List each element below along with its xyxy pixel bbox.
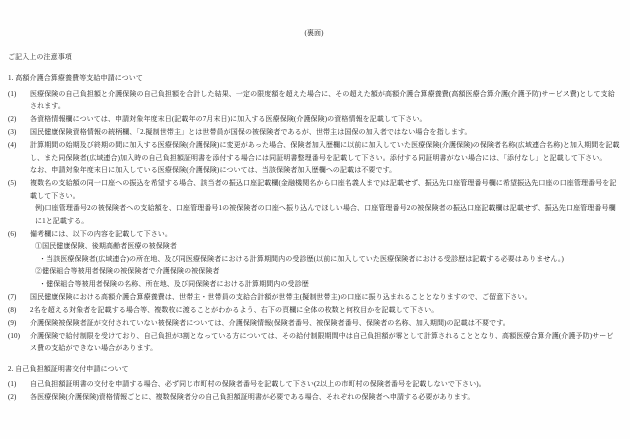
note-item: (7)国民健康保険における高額介護合算療養費は、世帯主・世帯員の支給合計額が世帯… (8, 291, 620, 304)
item-number: (3) (8, 126, 29, 139)
page-title: ご記入上の注意事項 (8, 51, 620, 64)
notes-section: 2. 自己負担額証明書交付申請について(1)自己負担額証明書の交付を申請する場合… (8, 363, 620, 404)
item-paragraph: 国民健康保険における高額介護合算療養費は、世帯主・世帯員の支給合計額が世帯主(擬… (30, 291, 620, 304)
item-paragraph: 自己負担額証明書の交付を申請する場合、必ず同じ市町村の保険者番号を記載して下さい… (30, 378, 620, 391)
item-paragraph: 介護保険で給付制限を受けており、自己負担が3割となっている方については、その給付… (30, 330, 620, 355)
item-paragraph: ②健保組合等被用者保険の被保険者で介護保険の被保険者 (30, 265, 620, 278)
page-side-label: (裏面) (8, 27, 620, 40)
item-paragraph: 各医療保険(介護保険)資格情報ごとに、複数保険者分の自己負担額証明書が必要である… (30, 391, 620, 404)
item-paragraph: 複数名の支給額の同一口座への振込を希望する場合、該当者の振込口座記載欄(金融機関… (30, 177, 620, 202)
item-number: (2) (8, 391, 29, 404)
note-item: (9)介護保険被保険者証が交付されていない被保険者については、介護保険情報(保険… (8, 317, 620, 330)
item-paragraph: 国民健康保険資格情報の続柄欄、「2.擬制世帯主」とは世帯員が国保の被保険者である… (30, 126, 620, 139)
sections-container: 1. 高額介護合算療養費等支給申請について(1)医療保険の自己負担額と介護保険の… (8, 72, 620, 404)
note-item: (2)各資格情報欄については、申請対象年度末日(記載年の7月末日)に加入する医療… (8, 113, 620, 126)
item-paragraph: ・健保組合等被用者保険の名称、所在地、及び同保険者における計算期間内の受診歴 (30, 278, 620, 291)
note-item: (5)複数名の支給額の同一口座への振込を希望する場合、該当者の振込口座記載欄(金… (8, 177, 620, 227)
item-paragraph: 2名を超える対象者を記載する場合等、複数枚に渡ることがわかるよう、右下の頁欄に全… (30, 304, 620, 317)
document-page: (裏面) ご記入上の注意事項 1. 高額介護合算療養費等支給申請について(1)医… (0, 0, 630, 439)
note-item: (8)2名を超える対象者を記載する場合等、複数枚に渡ることがわかるよう、右下の頁… (8, 304, 620, 317)
item-paragraph: 例)口座管理番号2の被保険者への支給額を、口座管理番号1の被保険者の口座へ振り込… (30, 202, 620, 227)
item-number: (7) (8, 291, 29, 304)
item-number: (6) (8, 228, 29, 241)
note-item: (10)介護保険で給付制限を受けており、自己負担が3割となっている方については、… (8, 330, 620, 355)
note-item: (1)自己負担額証明書の交付を申請する場合、必ず同じ市町村の保険者番号を記載して… (8, 378, 620, 391)
item-number: (1) (8, 378, 29, 391)
note-item: (3)国民健康保険資格情報の続柄欄、「2.擬制世帯主」とは世帯員が国保の被保険者… (8, 126, 620, 139)
item-paragraph: 各資格情報欄については、申請対象年度末日(記載年の7月末日)に加入する医療保険(… (30, 113, 620, 126)
item-paragraph: 介護保険被保険者証が交付されていない被保険者については、介護保険情報(保険者番号… (30, 317, 620, 330)
note-item: (1)医療保険の自己負担額と介護保険の自己負担額を合計した結果、一定の限度額を超… (8, 88, 620, 113)
item-paragraph: ・当該医療保険者(広域連合)の所在地、及び同医療保険者における計算期間内の受診歴… (30, 253, 620, 266)
item-number: (8) (8, 304, 29, 317)
item-paragraph: 医療保険の自己負担額と介護保険の自己負担額を合計した結果、一定の限度額を超えた場… (30, 88, 620, 113)
section-title: 1. 高額介護合算療養費等支給申請について (8, 72, 620, 85)
note-item: (2)各医療保険(介護保険)資格情報ごとに、複数保険者分の自己負担額証明書が必要… (8, 391, 620, 404)
note-item: (6)備考欄には、以下の内容を記載して下さい。①国民健康保険、後期高齢者医療の被… (8, 228, 620, 291)
section-title: 2. 自己負担額証明書交付申請について (8, 363, 620, 376)
item-paragraph: 計算期間の始期及び終期の間に加入する医療保険(介護保険)に変更があった場合、保険… (30, 139, 620, 164)
notes-section: 1. 高額介護合算療養費等支給申請について(1)医療保険の自己負担額と介護保険の… (8, 72, 620, 355)
item-number: (9) (8, 317, 29, 330)
item-paragraph: ①国民健康保険、後期高齢者医療の被保険者 (30, 240, 620, 253)
item-paragraph: なお、申請対象年度末日に加入している医療保険(介護保険)については、当該保険者加… (30, 164, 620, 177)
item-paragraph: 備考欄には、以下の内容を記載して下さい。 (30, 228, 620, 241)
note-item: (4)計算期間の始期及び終期の間に加入する医療保険(介護保険)に変更があった場合… (8, 139, 620, 177)
item-number: (4) (8, 139, 29, 152)
item-number: (2) (8, 113, 29, 126)
item-number: (5) (8, 177, 29, 190)
item-number: (1) (8, 88, 29, 101)
item-number: (10) (8, 330, 29, 343)
